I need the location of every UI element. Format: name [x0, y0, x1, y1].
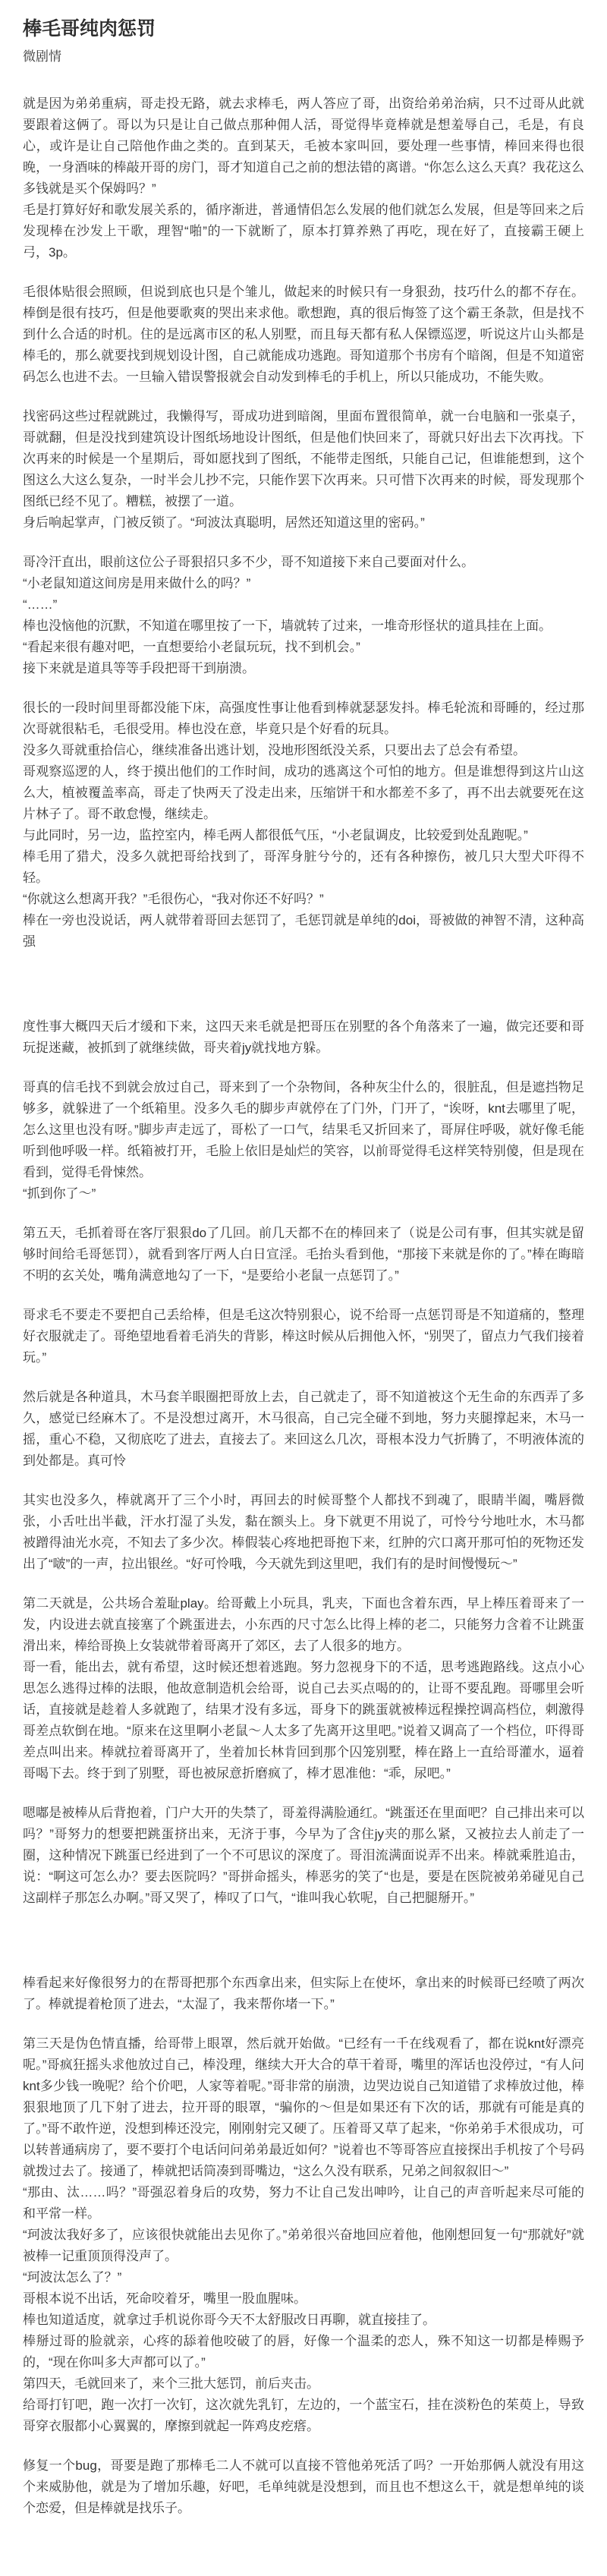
paragraph: “看起来很有趣对吧，一直想要给小老鼠玩玩，找不到机会。”	[23, 637, 584, 658]
paragraph: 很长的一段时间里哥都没能下床，高强度性事让他看到棒就瑟瑟发抖。棒毛轮流和哥睡的，…	[23, 698, 584, 740]
paragraph: 嗯嘟是被棒从后背抱着，门户大开的失禁了，哥羞得满脸通红。“跳蛋还在里面吧？自己排…	[23, 1803, 584, 1909]
article-page: 棒毛哥纯肉惩罚 微剧情 就是因为弟弟重病，哥走投无路，就去求棒毛，两人答应了哥，…	[0, 0, 607, 2576]
paragraph: 第五天，毛抓着哥在客厅狠狠do了几回。前几天都不在的棒回来了（说是公司有事，但其…	[23, 1223, 584, 1286]
paragraph: 第二天就是，公共场合羞耻play。给哥戴上小玩具，乳夹，下面也含着东西，早上棒压…	[23, 1593, 584, 1657]
paragraph: 修复一个bug，哥要是跑了那棒毛二人不就可以直接不管他弟死活了吗？一开始那俩人就…	[23, 2455, 584, 2519]
paragraph: “小老鼠知道这间房是用来做什么的吗？”	[23, 573, 584, 594]
paragraph: 就是因为弟弟重病，哥走投无路，就去求棒毛，两人答应了哥，出资给弟弟治病，只不过哥…	[23, 93, 584, 200]
paragraph-block: 很长的一段时间里哥都没能下床，高强度性事让他看到棒就瑟瑟发抖。棒毛轮流和哥睡的，…	[23, 698, 584, 953]
paragraph: 棒也知道适度，就拿过手机说你哥今天不太舒服改日再聊，就直接挂了。	[23, 2310, 584, 2331]
paragraph: 棒在一旁也没说话，两人就带着哥回去惩罚了，毛惩罚就是单纯的doi，哥被做的神智不…	[23, 910, 584, 953]
paragraph: “珂波汰我好多了，应该很快就能出去见你了。”弟弟很兴奋地回应着他，他刚想回复一句…	[23, 2225, 584, 2267]
paragraph: 第三天是伪色情直播，给哥带上眼罩，然后就开始做。“已经有一千在线观看了，都在说k…	[23, 2033, 584, 2182]
paragraph: 毛很体贴很会照顾，但说到底也只是个雏儿，做起来的时候只有一身狠劲，技巧什么的都不…	[23, 282, 584, 388]
paragraph-block: 棒看起来好像很努力的在帮哥把那个东西拿出来，但实际上在使坏，拿出来的时候哥已经喷…	[23, 1973, 584, 2015]
paragraph: 然后就是各种道具，木马套羊眼圈把哥放上去，自己就走了，哥不知道被这个无生命的东西…	[23, 1387, 584, 1472]
paragraph-block: 哥求毛不要走不要把自己丢给棒，但是毛这次特别狠心，说不给哥一点惩罚哥是不知道痛的…	[23, 1305, 584, 1368]
paragraph: 棒也没恼他的沉默，不知道在哪里按了一下，墙就转了过来，一堆奇形怪状的道具挂在上面…	[23, 616, 584, 637]
paragraph: 与此同时，另一边，监控室内，棒毛两人都很低气压，“小老鼠调皮，比较爱到处乱跑呢。…	[23, 825, 584, 846]
paragraph: 哥真的信毛找不到就会放过自己，哥来到了一个杂物间，各种灰尘什么的，很脏乱，但是遮…	[23, 1077, 584, 1183]
paragraph: 毛是打算好好和歌发展关系的，循序渐进，普通情侣怎么发展的他们就怎么发展，但是等回…	[23, 200, 584, 263]
paragraph: 接下来就是道具等等手段把哥干到崩溃。	[23, 658, 584, 679]
paragraph: “那由、汰……吗？”哥强忍着身后的攻势，努力不让自己发出呻吟，让自己的声音听起来…	[23, 2182, 584, 2225]
paragraph-block: 哥真的信毛找不到就会放过自己，哥来到了一个杂物间，各种灰尘什么的，很脏乱，但是遮…	[23, 1077, 584, 1205]
paragraph: 第四天，毛就回来了，来个三批大惩罚，前后夹击。	[23, 2373, 584, 2395]
paragraph: 身后响起掌声，门被反锁了。“珂波汰真聪明，居然还知道这里的密码。”	[23, 512, 584, 534]
paragraph: 棒毛用了猎犬，没多久就把哥给找到了，哥浑身脏兮兮的，还有各种擦伤，被几只大型犬吓…	[23, 846, 584, 889]
paragraph-block: 第二天就是，公共场合羞耻play。给哥戴上小玩具，乳夹，下面也含着东西，早上棒压…	[23, 1593, 584, 1784]
paragraph-block: 度性事大概四天后才缓和下来，这四天来毛就是把哥压在别墅的各个角落来了一遍，做完还…	[23, 1016, 584, 1059]
paragraph-block: 然后就是各种道具，木马套羊眼圈把哥放上去，自己就走了，哥不知道被这个无生命的东西…	[23, 1387, 584, 1472]
paragraph: 给哥打钉吧，跑一次打一次钉，这次就先乳钉，左边的，一个蓝宝石，挂在淡粉色的茱萸上…	[23, 2395, 584, 2437]
paragraph: “珂波汰怎么了？”	[23, 2267, 584, 2288]
article-subtitle: 微剧情	[23, 48, 584, 66]
paragraph: 其实也没多久，棒就离开了三个小时，再回去的时候哥整个人都找不到魂了，眼睛半阖，嘴…	[23, 1490, 584, 1575]
paragraph: 度性事大概四天后才缓和下来，这四天来毛就是把哥压在别墅的各个角落来了一遍，做完还…	[23, 1016, 584, 1059]
paragraph-block: 修复一个bug，哥要是跑了那棒毛二人不就可以直接不管他弟死活了吗？一开始那俩人就…	[23, 2455, 584, 2519]
paragraph: 哥冷汗直出，眼前这位公子哥狠招只多不少，哥不知道接下来自己要面对什么。	[23, 552, 584, 573]
page-title: 棒毛哥纯肉惩罚	[23, 17, 584, 42]
paragraph: 没多久哥就重拾信心，继续准备出逃计划，没地形图纸没关系，只要出去了总会有希望。	[23, 740, 584, 761]
article-body: 就是因为弟弟重病，哥走投无路，就去求棒毛，两人答应了哥，出资给弟弟治病，只不过哥…	[23, 93, 584, 2519]
paragraph-block: 嗯嘟是被棒从后背抱着，门户大开的失禁了，哥羞得满脸通红。“跳蛋还在里面吧？自己排…	[23, 1803, 584, 1909]
paragraph: 棒掰过哥的脸就亲，心疼的舔着他咬破了的唇，好像一个温柔的恋人，殊不知这一切都是棒…	[23, 2331, 584, 2373]
paragraph: “你就这么想离开我？”毛很伤心，“我对你还不好吗？”	[23, 889, 584, 910]
paragraph: “……”	[23, 594, 584, 616]
paragraph-block: 找密码这些过程就跳过，我懒得写，哥成功进到暗阁，里面布置很简单，就一台电脑和一张…	[23, 406, 584, 534]
paragraph: 哥求毛不要走不要把自己丢给棒，但是毛这次特别狠心，说不给哥一点惩罚哥是不知道痛的…	[23, 1305, 584, 1368]
paragraph: 哥观察巡逻的人，终于摸出他们的工作时间，成功的逃离这个可怕的地方。但是谁想得到这…	[23, 761, 584, 825]
paragraph-block: 毛很体贴很会照顾，但说到底也只是个雏儿，做起来的时候只有一身狠劲，技巧什么的都不…	[23, 282, 584, 388]
paragraph-block: 哥冷汗直出，眼前这位公子哥狠招只多不少，哥不知道接下来自己要面对什么。“小老鼠知…	[23, 552, 584, 679]
paragraph: 哥根本说不出话，死命咬着牙，嘴里一股血腥味。	[23, 2288, 584, 2310]
paragraph: 找密码这些过程就跳过，我懒得写，哥成功进到暗阁，里面布置很简单，就一台电脑和一张…	[23, 406, 584, 512]
paragraph-block: 第五天，毛抓着哥在客厅狠狠do了几回。前几天都不在的棒回来了（说是公司有事，但其…	[23, 1223, 584, 1286]
paragraph-block: 就是因为弟弟重病，哥走投无路，就去求棒毛，两人答应了哥，出资给弟弟治病，只不过哥…	[23, 93, 584, 263]
paragraph: 哥一看，能出去，就有希望，这时候还想着逃跑。努力忽视身下的不适，思考逃跑路线。这…	[23, 1657, 584, 1784]
paragraph-block: 第三天是伪色情直播，给哥带上眼罩，然后就开始做。“已经有一千在线观看了，都在说k…	[23, 2033, 584, 2437]
paragraph: 棒看起来好像很努力的在帮哥把那个东西拿出来，但实际上在使坏，拿出来的时候哥已经喷…	[23, 1973, 584, 2015]
paragraph-block: 其实也没多久，棒就离开了三个小时，再回去的时候哥整个人都找不到魂了，眼睛半阖，嘴…	[23, 1490, 584, 1575]
paragraph: “抓到你了～”	[23, 1183, 584, 1205]
